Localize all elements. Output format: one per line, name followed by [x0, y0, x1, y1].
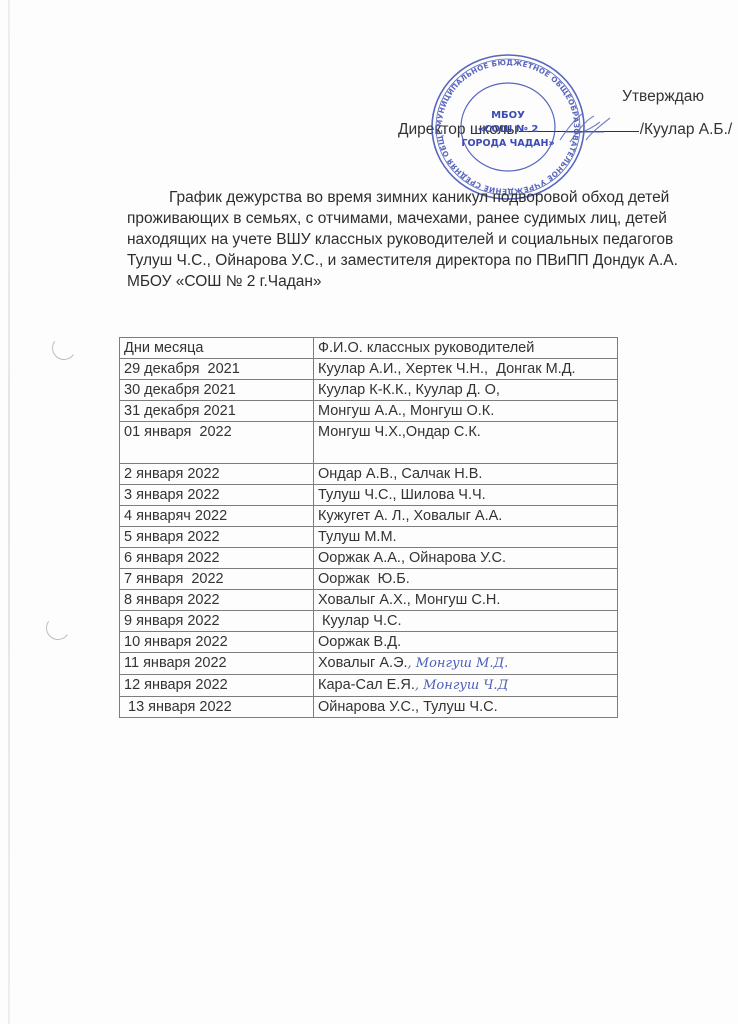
teacher-names: Куулар К-К.К., Куулар Д. О, — [318, 382, 500, 398]
teacher-names: Ооржак Ю.Б. — [318, 571, 410, 587]
names-cell: Ооржак А.А., Ойнарова У.С. — [314, 548, 618, 569]
date-cell: 11 января 2022 — [120, 653, 314, 675]
table-row: 29 декабря 2021Куулар А.И., Хертек Ч.Н.,… — [120, 359, 618, 380]
names-cell: Куулар К-К.К., Куулар Д. О, — [314, 380, 618, 401]
punch-hole-mark — [44, 614, 72, 642]
names-cell: Ондар А.В., Салчак Н.В. — [314, 464, 618, 485]
table-row: 01 января 2022Монгуш Ч.Х.,Ондар С.К. — [120, 422, 618, 464]
date-cell: 01 января 2022 — [120, 422, 314, 464]
scan-edge — [8, 0, 10, 1024]
teacher-names: Кужугет А. Л., Ховалыг А.А. — [318, 508, 502, 524]
table-row: 6 января 2022Ооржак А.А., Ойнарова У.С. — [120, 548, 618, 569]
date-cell: 30 декабря 2021 — [120, 380, 314, 401]
teacher-names: Ондар А.В., Салчак Н.В. — [318, 466, 482, 482]
teacher-names: Монгуш Ч.Х.,Ондар С.К. — [318, 424, 481, 440]
director-signature-icon — [556, 110, 616, 146]
names-cell: Куулар Ч.С. — [314, 611, 618, 632]
date-cell: 3 января 2022 — [120, 485, 314, 506]
duty-schedule-table: Дни месяца Ф.И.О. классных руководителей… — [119, 337, 618, 718]
date-cell: 5 января 2022 — [120, 527, 314, 548]
title-line: находящих на учете ВШУ классных руководи… — [127, 229, 627, 250]
table-row: 4 январяч 2022Кужугет А. Л., Ховалыг А.А… — [120, 506, 618, 527]
teacher-names: Тулуш М.М. — [318, 529, 397, 545]
names-cell: Кужугет А. Л., Ховалыг А.А. — [314, 506, 618, 527]
date-cell: 29 декабря 2021 — [120, 359, 314, 380]
svg-text:«СОШ № 2: «СОШ № 2 — [478, 124, 539, 135]
table-row: 12 января 2022Кара-Сал Е.Я., Монгуш Ч.Д — [120, 675, 618, 697]
names-cell: Тулуш Ч.С., Шилова Ч.Ч. — [314, 485, 618, 506]
title-line: МБОУ «СОШ № 2 г.Чадан» — [127, 271, 627, 292]
table-row: 7 января 2022Ооржак Ю.Б. — [120, 569, 618, 590]
names-cell: Ооржак В.Д. — [314, 632, 618, 653]
punch-hole-mark — [50, 334, 78, 362]
table-row: 10 января 2022Ооржак В.Д. — [120, 632, 618, 653]
table-row: 9 января 2022 Куулар Ч.С. — [120, 611, 618, 632]
date-cell: 13 января 2022 — [120, 697, 314, 718]
date-cell: 7 января 2022 — [120, 569, 314, 590]
teacher-names: Ойнарова У.С., Тулуш Ч.С. — [318, 699, 498, 715]
column-header-dates: Дни месяца — [120, 338, 314, 359]
date-cell: 12 января 2022 — [120, 675, 314, 697]
date-cell: 31 декабря 2021 — [120, 401, 314, 422]
teacher-names: Ховалыг А.Э. — [318, 655, 408, 671]
table-row: 3 января 2022Тулуш Ч.С., Шилова Ч.Ч. — [120, 485, 618, 506]
names-cell: Монгуш Ч.Х.,Ондар С.К. — [314, 422, 618, 464]
title-line: Тулуш Ч.С., Ойнарова У.С., и заместителя… — [127, 250, 627, 271]
teacher-names: Монгуш А.А., Монгуш О.К. — [318, 403, 494, 419]
names-cell: Куулар А.И., Хертек Ч.Н., Донгак М.Д. — [314, 359, 618, 380]
teacher-names: Ховалыг А.Х., Монгуш С.Н. — [318, 592, 500, 608]
table-row: 13 января 2022Ойнарова У.С., Тулуш Ч.С. — [120, 697, 618, 718]
column-header-names: Ф.И.О. классных руководителей — [314, 338, 618, 359]
names-cell: Ойнарова У.С., Тулуш Ч.С. — [314, 697, 618, 718]
table-row: 31 декабря 2021Монгуш А.А., Монгуш О.К. — [120, 401, 618, 422]
handwritten-addition: , Монгуш Ч.Д — [415, 678, 508, 693]
svg-text:ГОРОДА ЧАДАН»: ГОРОДА ЧАДАН» — [461, 138, 554, 149]
teacher-names: Тулуш Ч.С., Шилова Ч.Ч. — [318, 487, 486, 503]
table-row: 11 января 2022Ховалыг А.Э., Монгуш М.Д. — [120, 653, 618, 675]
title-line: проживающих в семьях, с отчимами, мачеха… — [127, 208, 627, 229]
table-row: 5 января 2022Тулуш М.М. — [120, 527, 618, 548]
date-cell: 8 января 2022 — [120, 590, 314, 611]
names-cell: Ховалыг А.Э., Монгуш М.Д. — [314, 653, 618, 675]
teacher-names: Ооржак А.А., Ойнарова У.С. — [318, 550, 506, 566]
date-cell: 4 январяч 2022 — [120, 506, 314, 527]
names-cell: Монгуш А.А., Монгуш О.К. — [314, 401, 618, 422]
teacher-names: Куулар А.И., Хертек Ч.Н., Донгак М.Д. — [318, 361, 576, 377]
table-row: 30 декабря 2021Куулар К-К.К., Куулар Д. … — [120, 380, 618, 401]
names-cell: Тулуш М.М. — [314, 527, 618, 548]
document-title: График дежурства во время зимних каникул… — [127, 187, 627, 292]
title-line: График дежурства во время зимних каникул… — [127, 187, 627, 208]
table-header-row: Дни месяца Ф.И.О. классных руководителей — [120, 338, 618, 359]
svg-text:МБОУ: МБОУ — [491, 110, 525, 121]
date-cell: 9 января 2022 — [120, 611, 314, 632]
handwritten-addition: , Монгуш М.Д. — [408, 656, 509, 671]
names-cell: Кара-Сал Е.Я., Монгуш Ч.Д — [314, 675, 618, 697]
approval-label: Утверждаю — [622, 88, 704, 106]
date-cell: 6 января 2022 — [120, 548, 314, 569]
table-row: 8 января 2022Ховалыг А.Х., Монгуш С.Н. — [120, 590, 618, 611]
names-cell: Ховалыг А.Х., Монгуш С.Н. — [314, 590, 618, 611]
date-cell: 10 января 2022 — [120, 632, 314, 653]
teacher-names: Куулар Ч.С. — [318, 613, 401, 629]
table-row: 2 января 2022Ондар А.В., Салчак Н.В. — [120, 464, 618, 485]
teacher-names: Кара-Сал Е.Я. — [318, 677, 415, 693]
date-cell: 2 января 2022 — [120, 464, 314, 485]
teacher-names: Ооржак В.Д. — [318, 634, 401, 650]
director-name: /Куулар А.Б./ — [640, 121, 733, 138]
names-cell: Ооржак Ю.Б. — [314, 569, 618, 590]
